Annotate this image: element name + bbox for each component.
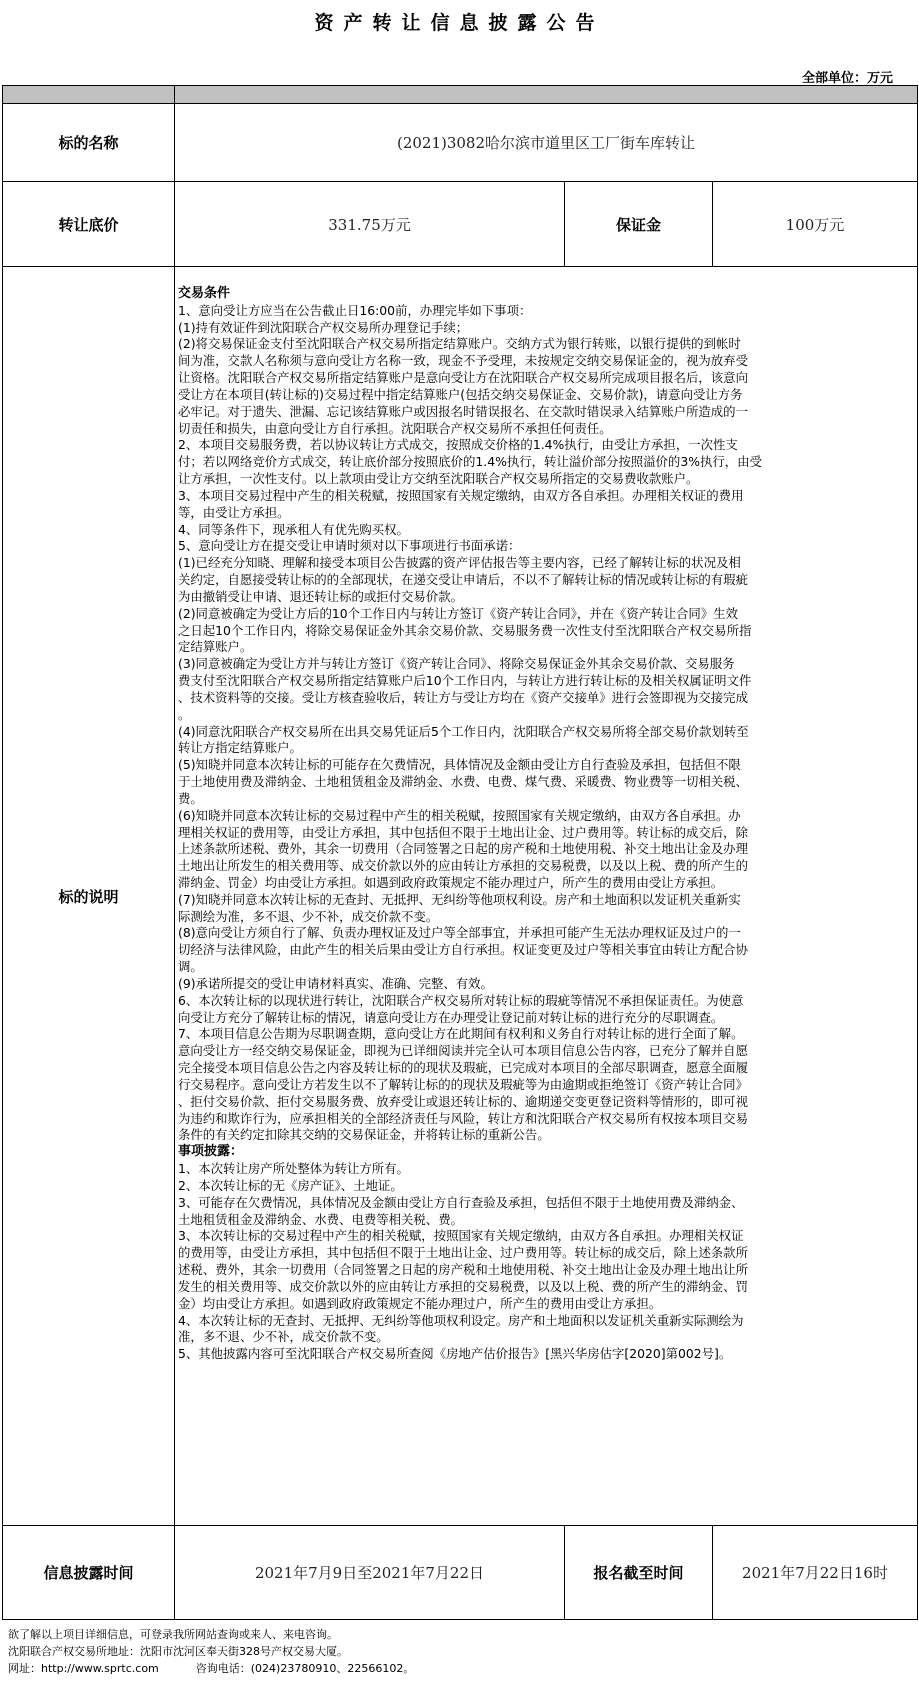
description-line: (3)同意被确定为受让方并与转让方签订《资产转让合同》、将除交易保证金外其余交易… — [178, 656, 917, 673]
description-line: 转让方指定结算账户。 — [178, 740, 917, 757]
description-line: 2、本次转让标的无《房产证》、土地证。 — [178, 1178, 917, 1195]
description-line: 必牢记。对于遗失、泄漏、忘记该结算账户或因报名时错误报名、在交款时错误录入结算账… — [178, 404, 917, 421]
price-value-cell: 331.75万元 — [174, 181, 565, 267]
name-label-cell: 标的名称 — [2, 103, 175, 182]
deposit-label: 保证金 — [616, 214, 661, 235]
description-line: 上述条款所述税、费外，其余一切费用（合同签署之日起的房产税和土地使用税、补交土地… — [178, 841, 917, 858]
description-line: 3、本次转让标的交易过程中产生的相关税赋，按照国家有关规定缴纳，由双方各自承担。… — [178, 1228, 917, 1245]
deadline-value: 2021年7月22日16时 — [742, 1562, 888, 1583]
footer-address: 沈阳联合产权交易所地址：沈阳市沈河区奉天街328号产权交易大厦。 — [8, 1643, 348, 1659]
description-cell: 交易条件1、意向受让方应当在公告截止日16:00前，办理完毕如下事项：(1)持有… — [174, 266, 918, 1526]
description-line: 切经济与法律风险，由此产生的相关后果由受让方自行承担。权证变更及过户等相关事宜由… — [178, 942, 917, 959]
description-line: 1、意向受让方应当在公告截止日16:00前，办理完毕如下事项： — [178, 303, 917, 320]
description-line: (9)承诺所提交的受让申请材料真实、准确、完整、有效。 — [178, 976, 917, 993]
description-line: 3、可能存在欠费情况，具体情况及金额由受让方自行查验及承担，包括但不限于土地使用… — [178, 1195, 917, 1212]
description-line: 5、意向受让方在提交受让申请时须对以下事项进行书面承诺： — [178, 538, 917, 555]
deposit-value: 100万元 — [786, 214, 845, 235]
deadline-value-cell: 2021年7月22日16时 — [712, 1525, 918, 1620]
disclosure-value: 2021年7月9日至2021年7月22日 — [255, 1562, 484, 1583]
description-line: 行交易程序。意向受让方若发生以不了解转让标的的现状及瑕疵等为由逾期或拒绝签订《资… — [178, 1077, 917, 1094]
disclosure-value-cell: 2021年7月9日至2021年7月22日 — [174, 1525, 565, 1620]
description-line: 于土地使用费及滞纳金、土地租赁租金及滞纳金、水费、电费、煤气费、采暖费、物业费等… — [178, 774, 917, 791]
description-line: 准，多不退、少不补，成交价款不变。 — [178, 1329, 917, 1346]
description-line: 受让方在本项目(转让标的)交易过程中指定结算账户(包括交纳交易保证金、交易价款)… — [178, 387, 917, 404]
description-line: 付；若以网络竞价方式成交，转让底价部分按照底价的1.4%执行，转让溢价部分按照溢… — [178, 454, 917, 471]
unit-label: 全部单位：万元 — [802, 67, 893, 86]
price-label-cell: 转让底价 — [2, 181, 175, 267]
deposit-value-cell: 100万元 — [712, 181, 918, 267]
description-line: 5、其他披露内容可至沈阳联合产权交易所查阅《房地产估价报告》[黑兴华房估字[20… — [178, 1346, 917, 1363]
description-line: 理相关权证的费用等，由受让方承担，其中包括但不限于土地出让金、过户费用等。转让标… — [178, 825, 917, 842]
description-line: 滞纳金、罚金）均由受让方承担。如遇到政府政策规定不能办理过户，所产生的费用由受让… — [178, 875, 917, 892]
description-line: 关约定，自愿接受转让标的的全部现状，在递交受让申请后，不以不了解转让标的情况或转… — [178, 572, 917, 589]
name-label: 标的名称 — [58, 132, 118, 153]
header-row-right — [174, 85, 918, 104]
deadline-label: 报名截至时间 — [593, 1562, 683, 1583]
description-line: (2)将交易保证金支付至沈阳联合产权交易所指定结算账户。交纳方式为银行转账，以银… — [178, 336, 917, 353]
description-line: 让方承担，一次性支付。以上款项由受让方交纳至沈阳联合产权交易所指定的交易费收款账… — [178, 471, 917, 488]
description-line: 之日起10个工作日内，将除交易保证金外其余交易价款、交易服务费一次性支付至沈阳联… — [178, 623, 917, 640]
description-line: 土地出让所发生的相关费用等、成交价款以外的应由转让方承担的交易税费，以及以上税、… — [178, 858, 917, 875]
description-line: 4、本次转让标的无查封、无抵押、无纠纷等他项权利设定。房产和土地面积以发证机关重… — [178, 1313, 917, 1330]
description-line: 为违约和欺诈行为，应承担相关的全部经济责任与风险，转让方和沈阳联合产权交易所有权… — [178, 1111, 917, 1128]
description-line: (1)持有效证件到沈阳联合产权交易所办理登记手续； — [178, 320, 917, 337]
website-link[interactable]: http://www.sprtc.com — [41, 1662, 159, 1675]
description-line: 条件的有关约定扣除其交纳的交易保证金，并将转让标的重新公告。 — [178, 1127, 917, 1144]
desc-label: 标的说明 — [58, 886, 118, 907]
description-line: 3、本项目交易过程中产生的相关税赋，按照国家有关规定缴纳，由双方各自承担。办理相… — [178, 488, 917, 505]
description-line: 完全接受本项目信息公告之内容及转让标的的现状及瑕疵，已完成对本项目的全部尽职调查… — [178, 1060, 917, 1077]
footer-contact: 网址：http://www.sprtc.com 咨询电话：(024)237809… — [8, 1660, 414, 1676]
disclosure-label-cell: 信息披露时间 — [2, 1525, 175, 1620]
description-line: 让资格。沈阳联合产权交易所指定结算账户是意向受让方在沈阳联合产权交易所完成项目报… — [178, 370, 917, 387]
description-line: 调。 — [178, 959, 917, 976]
footer-info: 欲了解以上项目详细信息，可登录我所网站查询或来人、来电咨询。 — [8, 1626, 338, 1642]
section-heading: 事项披露： — [178, 1144, 917, 1161]
price-label: 转让底价 — [58, 214, 118, 235]
description-line: 意向受让方一经交纳交易保证金，即视为已详细阅读并完全认可本项目信息公告内容，已充… — [178, 1043, 917, 1060]
description-line: 的费用等，由受让方承担，其中包括但不限于土地出让金、过户费用等。转让标的成交后，… — [178, 1245, 917, 1262]
description-line: (2)同意被确定为受让方后的10个工作日内与转让方签订《资产转让合同》，并在《资… — [178, 606, 917, 623]
description-line: (6)知晓并同意本次转让标的交易过程中产生的相关税赋，按照国家有关规定缴纳，由双… — [178, 808, 917, 825]
description-line: 际测绘为准，多不退、少不补，成交价款不变。 — [178, 909, 917, 926]
description-line: (8)意向受让方须自行了解、负责办理权证及过户等全部事宜，并承担可能产生无法办理… — [178, 925, 917, 942]
description-line: 。 — [178, 707, 917, 724]
description-line: 向受让方充分了解转让标的情况，请意向受让方在办理受让登记前对转让标的进行充分的尽… — [178, 1010, 917, 1027]
description-line: 间为准，交款人名称须与意向受让方名称一致，现金不予受理，未按规定交纳交易保证金的… — [178, 353, 917, 370]
description-line: 述税、费外，其余一切费用（合同签署之日起的房产税和土地使用税、补交土地出让金及办… — [178, 1262, 917, 1279]
description-line: 为由撤销受让申请、退还转让标的或拒付交易价款。 — [178, 589, 917, 606]
description-line: 定结算账户。 — [178, 639, 917, 656]
deadline-label-cell: 报名截至时间 — [564, 1525, 713, 1620]
description-line: 4、同等条件下，现承租人有优先购买权。 — [178, 522, 917, 539]
desc-label-cell: 标的说明 — [2, 266, 175, 1526]
price-value: 331.75万元 — [328, 214, 411, 235]
description-line: 7、本项目信息公告期为尽职调查期，意向受让方在此期间有权利和义务自行对转让标的进… — [178, 1026, 917, 1043]
description-line: (7)知晓并同意本次转让标的无查封、无抵押、无纠纷等他项权利设。房产和土地面积以… — [178, 892, 917, 909]
deposit-label-cell: 保证金 — [564, 181, 713, 267]
disclosure-label: 信息披露时间 — [43, 1562, 133, 1583]
description-line: 费支付至沈阳联合产权交易所指定结算账户后10个工作日内，与转让方进行转让标的及相… — [178, 673, 917, 690]
description-line: (4)同意沈阳联合产权交易所在出具交易凭证后5个工作日内，沈阳联合产权交易所将全… — [178, 724, 917, 741]
description-line: 等，由受让方承担。 — [178, 505, 917, 522]
website-label: 网址： — [8, 1662, 41, 1675]
name-value: (2021)3082哈尔滨市道里区工厂街车库转让 — [397, 132, 695, 153]
description-line: 1、本次转让房产所处整体为转让方所有。 — [178, 1161, 917, 1178]
description-line: 金）均由受让方承担。如遇到政府政策规定不能办理过户，所产生的费用由受让方承担。 — [178, 1296, 917, 1313]
description-line: 土地租赁租金及滞纳金、水费、电费等相关税、费。 — [178, 1212, 917, 1229]
header-row-left — [2, 85, 175, 104]
description-line: 、拒付交易价款、拒付交易服务费、放弃受让或退还转让标的、逾期递交变更登记资料等情… — [178, 1094, 917, 1111]
section-heading: 交易条件 — [178, 286, 917, 303]
description-line: (5)知晓并同意本次转让标的可能存在欠费情况，具体情况及金额由受让方自行查验及承… — [178, 757, 917, 774]
description-line: (1)已经充分知晓、理解和接受本项目公告披露的资产评估报告等主要内容，已经了解转… — [178, 555, 917, 572]
name-value-cell: (2021)3082哈尔滨市道里区工厂街车库转让 — [174, 103, 918, 182]
description-line: 切责任和损失，由意向受让方自行承担。沈阳联合产权交易所不承担任何责任。 — [178, 421, 917, 438]
page-title: 资产转让信息披露公告 — [0, 8, 919, 35]
description-line: 2、本项目交易服务费，若以协议转让方式成交，按照成交价格的1.4%执行，由受让方… — [178, 437, 917, 454]
description-line: 、技术资料等的交接。受让方核查验收后，转让方与受让方均在《资产交接单》进行会签即… — [178, 690, 917, 707]
phone-label: 咨询电话： — [196, 1662, 251, 1675]
phone-value: (024)23780910、22566102。 — [251, 1662, 415, 1675]
description-line: 发生的相关费用等、成交价款以外的应由转让方承担的交易税费，以及以上税、费的所产生… — [178, 1279, 917, 1296]
description-line: 费。 — [178, 791, 917, 808]
description-line: 6、本次转让标的以现状进行转让，沈阳联合产权交易所对转让标的瑕疵等情况不承担保证… — [178, 993, 917, 1010]
